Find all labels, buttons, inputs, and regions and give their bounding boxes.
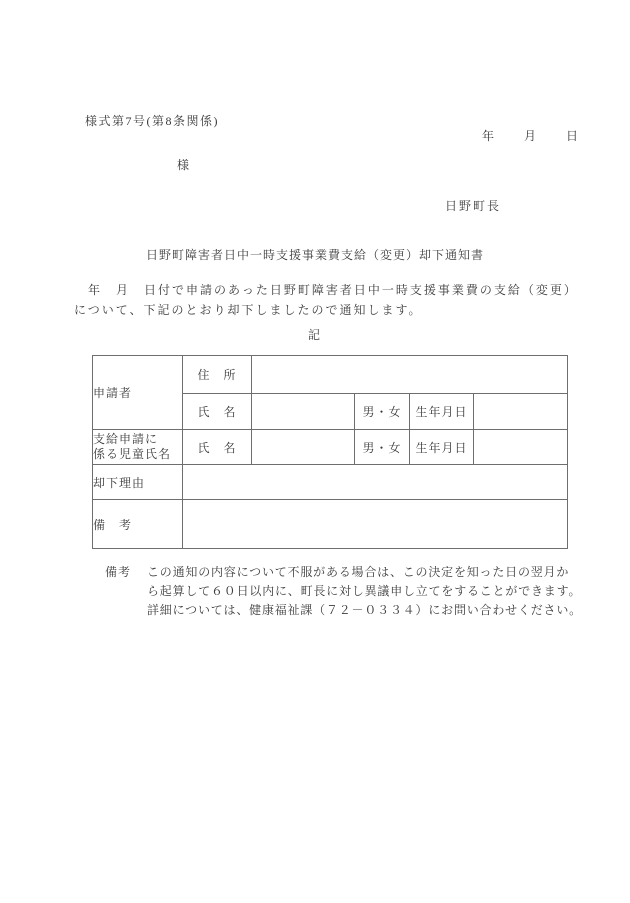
applicant-name-label-cell: 氏 名	[183, 394, 252, 430]
list-heading-ki: 記	[0, 326, 630, 343]
child-sex-cell: 男・女	[355, 430, 410, 465]
body-paragraph: 年 月 日付で申請のあった日野町障害者日中一時支援事業費の支給（変更） について…	[74, 280, 594, 320]
applicant-name-value-cell	[252, 394, 355, 430]
document-page: 様式第7号(第8条関係) 年 月 日 様 日野町長 日野町障害者日中一時支援事業…	[0, 0, 630, 903]
addressee-honorific: 様	[177, 156, 191, 173]
footnote-text: この通知の内容について不服がある場合は、この決定を知った日の翌月か ら起算して６…	[147, 563, 582, 620]
child-birthdate-value-cell	[474, 430, 568, 465]
table-row-child-name: 支給申請に 係る児童氏名 氏 名 男・女 生年月日	[93, 430, 568, 465]
child-birthdate-label-cell: 生年月日	[410, 430, 474, 465]
remarks-value-cell	[183, 500, 568, 549]
rejection-reason-label-cell: 却下理由	[93, 465, 183, 500]
table-row-rejection-reason: 却下理由	[93, 465, 568, 500]
table-row-address: 申請者 住 所	[93, 356, 568, 394]
date-blank-line: 年 月 日	[482, 127, 580, 144]
footnote-line-2: ら起算して６０日以内に、町長に対し異議申し立てをすることができます。	[147, 582, 582, 601]
address-value-cell	[252, 356, 568, 394]
footnote-label: 備考	[105, 563, 131, 580]
applicant-label-cell: 申請者	[93, 356, 183, 430]
applicant-birthdate-value-cell	[474, 394, 568, 430]
form-number: 様式第7号(第8条関係)	[85, 112, 219, 129]
table-row-remarks: 備 考	[93, 500, 568, 549]
body-line-1: 年 月 日付で申請のあった日野町障害者日中一時支援事業費の支給（変更）	[74, 280, 594, 300]
child-name-value-cell	[252, 430, 355, 465]
body-line-2: について、下記のとおり却下しましたので通知します。	[74, 300, 594, 320]
footnote-line-3: 詳細については、健康福祉課（７２－０３３４）にお問い合わせください。	[147, 601, 582, 620]
child-name-label-cell: 氏 名	[183, 430, 252, 465]
rejection-reason-value-cell	[183, 465, 568, 500]
document-title: 日野町障害者日中一時支援事業費支給（変更）却下通知書	[0, 246, 630, 263]
applicant-sex-cell: 男・女	[355, 394, 410, 430]
footnote-line-1: この通知の内容について不服がある場合は、この決定を知った日の翌月か	[147, 563, 582, 582]
applicant-birthdate-label-cell: 生年月日	[410, 394, 474, 430]
remarks-label-cell: 備 考	[93, 500, 183, 549]
application-table: 申請者 住 所 氏 名 男・女 生年月日 支給申請に 係る児童氏名 氏 名 男・…	[92, 355, 568, 549]
child-applicant-label-cell: 支給申請に 係る児童氏名	[93, 430, 183, 465]
address-label-cell: 住 所	[183, 356, 252, 394]
sender-mayor: 日野町長	[445, 197, 501, 214]
